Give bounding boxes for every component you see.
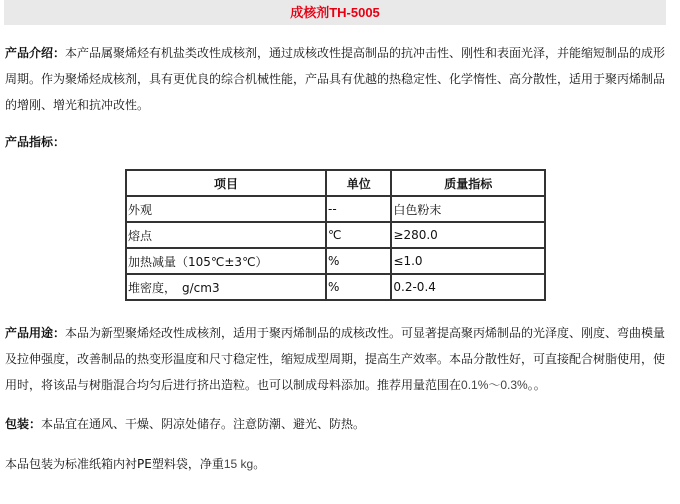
cell-unit: %	[326, 274, 391, 300]
title-bar: 成核剂TH-5005	[4, 0, 666, 25]
usage-text: 本品为新型聚烯烃改性成核剂，适用于聚丙烯制品的成核改性。可显著提高聚丙烯制品的光…	[5, 326, 665, 392]
cell-unit: --	[326, 196, 391, 222]
spec-heading: 产品指标：	[5, 129, 673, 155]
table-row: 熔点 ℃ ≥280.0	[126, 222, 545, 248]
packing-info: 本品包装为标准纸箱内衬PE塑料袋，净重15 kg。	[5, 451, 673, 477]
cell-item: 熔点	[126, 222, 326, 248]
dosage-range: 0.1%～0.3%	[461, 378, 528, 392]
table-row: 加热减量（105℃±3℃） % ≤1.0	[126, 248, 545, 274]
product-intro: 产品介绍：本产品属聚烯烃有机盐类改性成核剂，通过成核改性提高制品的抗冲击性、刚性…	[5, 40, 673, 118]
spec-table: 项目 单位 质量指标 外观 -- 白色粉末 熔点 ℃ ≥280.0 加热减量（1…	[125, 169, 546, 301]
storage-info: 包装：本品宜在通风、干燥、阴凉处储存。注意防潮、避光、防热。	[5, 411, 673, 437]
table-header-row: 项目 单位 质量指标	[126, 170, 545, 196]
page-title: 成核剂TH-5005	[290, 5, 380, 20]
product-usage: 产品用途：本品为新型聚烯烃改性成核剂，适用于聚丙烯制品的成核改性。可显著提高聚丙…	[5, 320, 673, 398]
table-row: 外观 -- 白色粉末	[126, 196, 545, 222]
cell-unit: %	[326, 248, 391, 274]
net-weight: 15 kg	[224, 457, 253, 471]
table-row: 堆密度， g/cm3 % 0.2-0.4	[126, 274, 545, 300]
column-header-item: 项目	[126, 170, 326, 196]
packing-tail: 。	[253, 457, 265, 471]
column-header-unit: 单位	[326, 170, 391, 196]
cell-value: ≤1.0	[391, 248, 545, 274]
cell-value: ≥280.0	[391, 222, 545, 248]
column-header-quality: 质量指标	[391, 170, 545, 196]
cell-value: 白色粉末	[391, 196, 545, 222]
intro-label: 产品介绍：	[5, 46, 65, 60]
cell-unit: ℃	[326, 222, 391, 248]
cell-item: 加热减量（105℃±3℃）	[126, 248, 326, 274]
storage-label: 包装：	[5, 417, 41, 431]
usage-tail: 。。	[528, 378, 546, 392]
usage-label: 产品用途：	[5, 326, 65, 340]
cell-item: 堆密度， g/cm3	[126, 274, 326, 300]
cell-item: 外观	[126, 196, 326, 222]
storage-text: 本品宜在通风、干燥、阴凉处储存。注意防潮、避光、防热。	[41, 417, 365, 431]
packing-text: 本品包装为标准纸箱内衬PE塑料袋，净重	[5, 457, 224, 471]
intro-text: 本产品属聚烯烃有机盐类改性成核剂，通过成核改性提高制品的抗冲击性、刚性和表面光泽…	[5, 46, 665, 112]
cell-value: 0.2-0.4	[391, 274, 545, 300]
